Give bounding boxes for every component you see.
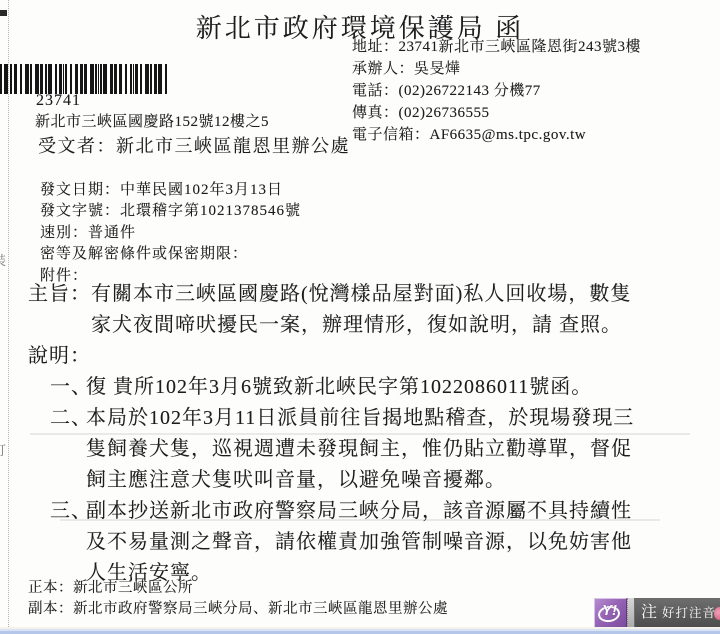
toolbar-grip-handle[interactable] [627,598,635,628]
subject-row: 主旨： 有關本市三峽區國慶路(悅灣樣品屋對面)私人回收場，數隻 家犬夜間啼吠擾民… [28,279,634,341]
scanned-letter-page: 裝 訂 新北市政府環境保護局 函 地址：23741新北市三峽區隆恩街243號3樓… [0,0,720,634]
item-number: 一、 [50,372,86,403]
item-content: 副本抄送新北市政府警察局三峽分局，該音源屬不具持續性 及不易量測之聲音，請依權責… [86,496,632,589]
agency-email: 電子信箱：AF6635@ms.tpc.gov.tw [352,124,641,146]
explanation-item-3: 三、 副本抄送新北市政府警察局三峽分局，該音源屬不具持續性 及不易量測之聲音，請… [28,496,634,589]
agency-contact-block: 地址：23741新北市三峽區隆恩街243號3樓 承辦人：吳旻燁 電話：(02)2… [352,36,641,146]
agency-contact-person: 承辦人：吳旻燁 [352,58,641,80]
yahoo-ime-toolbar[interactable]: Y! 注 好打注音 [594,598,720,628]
yahoo-logo-button[interactable]: Y! [594,598,627,628]
explanation-label: 說明： [28,341,91,372]
ime-name-label: 好打注音 [662,607,716,620]
item-line: 隻飼養犬隻，巡視週遭未發現飼主，惟仍貼立勸導單，督促 [86,434,634,465]
original-recipient: 正本：新北市三峽區公所 [28,578,448,599]
copy-recipients: 副本：新北市政府警察局三峽分局、新北市三峽區龍恩里辦公處 [28,599,448,620]
postal-barcode [0,64,168,94]
item-content: 復 貴所102年3月6號致新北峽民字第1022086011號函。 [86,372,592,403]
agency-phone: 電話：(02)26722143 分機77 [352,80,641,102]
agency-address: 地址：23741新北市三峽區隆恩街243號3樓 [352,36,641,58]
binding-dotted-line [8,0,9,631]
item-line: 及不易量測之聲音，請依權責加強管制噪音源，以免妨害他 [86,527,632,558]
item-content: 本局於102年3月11日派員前往旨揭地點稽查，於現場發現三 隻飼養犬隻，巡視週遭… [86,403,634,496]
recipient-line: 受文者：新北市三峽區龍恩里辦公處 [38,132,350,158]
ime-mode-display[interactable]: 注 好打注音 [635,598,720,628]
subject-line: 家犬夜間啼吠擾民一案，辦理情形，復如說明，請 查照。 [91,310,631,341]
subject-line: 有關本市三峽區國慶路(悅灣樣品屋對面)私人回收場，數隻 [91,279,631,310]
subject-content: 有關本市三峽區國慶路(悅灣樣品屋對面)私人回收場，數隻 家犬夜間啼吠擾民一案，辦… [91,279,631,341]
item-number: 三、 [50,496,86,527]
letter-body: 主旨： 有關本市三峽區國慶路(悅灣樣品屋對面)私人回收場，數隻 家犬夜間啼吠擾民… [28,279,634,589]
security-class: 密等及解密條件或保密期限： [40,244,301,265]
priority: 速別：普通件 [40,223,301,244]
window-edge-below [0,627,720,634]
item-number: 二、 [50,403,86,434]
item-line: 本局於102年3月11日派員前往旨揭地點稽查，於現場發現三 [86,403,634,434]
explanation-item-1: 一、 復 貴所102年3月6號致新北峽民字第1022086011號函。 [28,372,634,403]
document-meta-block: 發文日期：中華民國102年3月13日 發文字號：北環稽字第1021378546號… [40,180,301,287]
postal-code: 23741 [36,92,81,110]
explanation-label-row: 說明： [28,341,634,372]
ime-mode-char: 注 [641,605,657,621]
item-line: 飼主應注意犬隻吠叫音量，以避免噪音擾鄰。 [86,465,634,496]
item-line: 副本抄送新北市政府警察局三峽分局，該音源屬不具持續性 [86,496,632,527]
agency-fax: 傳真：(02)26736555 [352,102,641,124]
subject-label: 主旨： [28,279,91,310]
copies-block: 正本：新北市三峽區公所 副本：新北市政府警察局三峽分局、新北市三峽區龍恩里辦公處 [28,578,448,619]
binding-mark-glyph: 訂 [0,440,6,459]
issue-date: 發文日期：中華民國102年3月13日 [40,180,301,201]
explanation-item-2: 二、 本局於102年3月11日派員前往旨揭地點稽查，於現場發現三 隻飼養犬隻，巡… [28,403,634,496]
binding-mark-glyph: 裝 [0,250,6,269]
cutoff-toolbar-icon[interactable] [714,607,720,620]
reference-number: 發文字號：北環稽字第1021378546號 [40,201,301,222]
mailing-address: 新北市三峽區國慶路152號12樓之5 [35,110,269,131]
yahoo-logo-icon: Y! [602,602,617,619]
item-line: 復 貴所102年3月6號致新北峽民字第1022086011號函。 [86,372,592,403]
